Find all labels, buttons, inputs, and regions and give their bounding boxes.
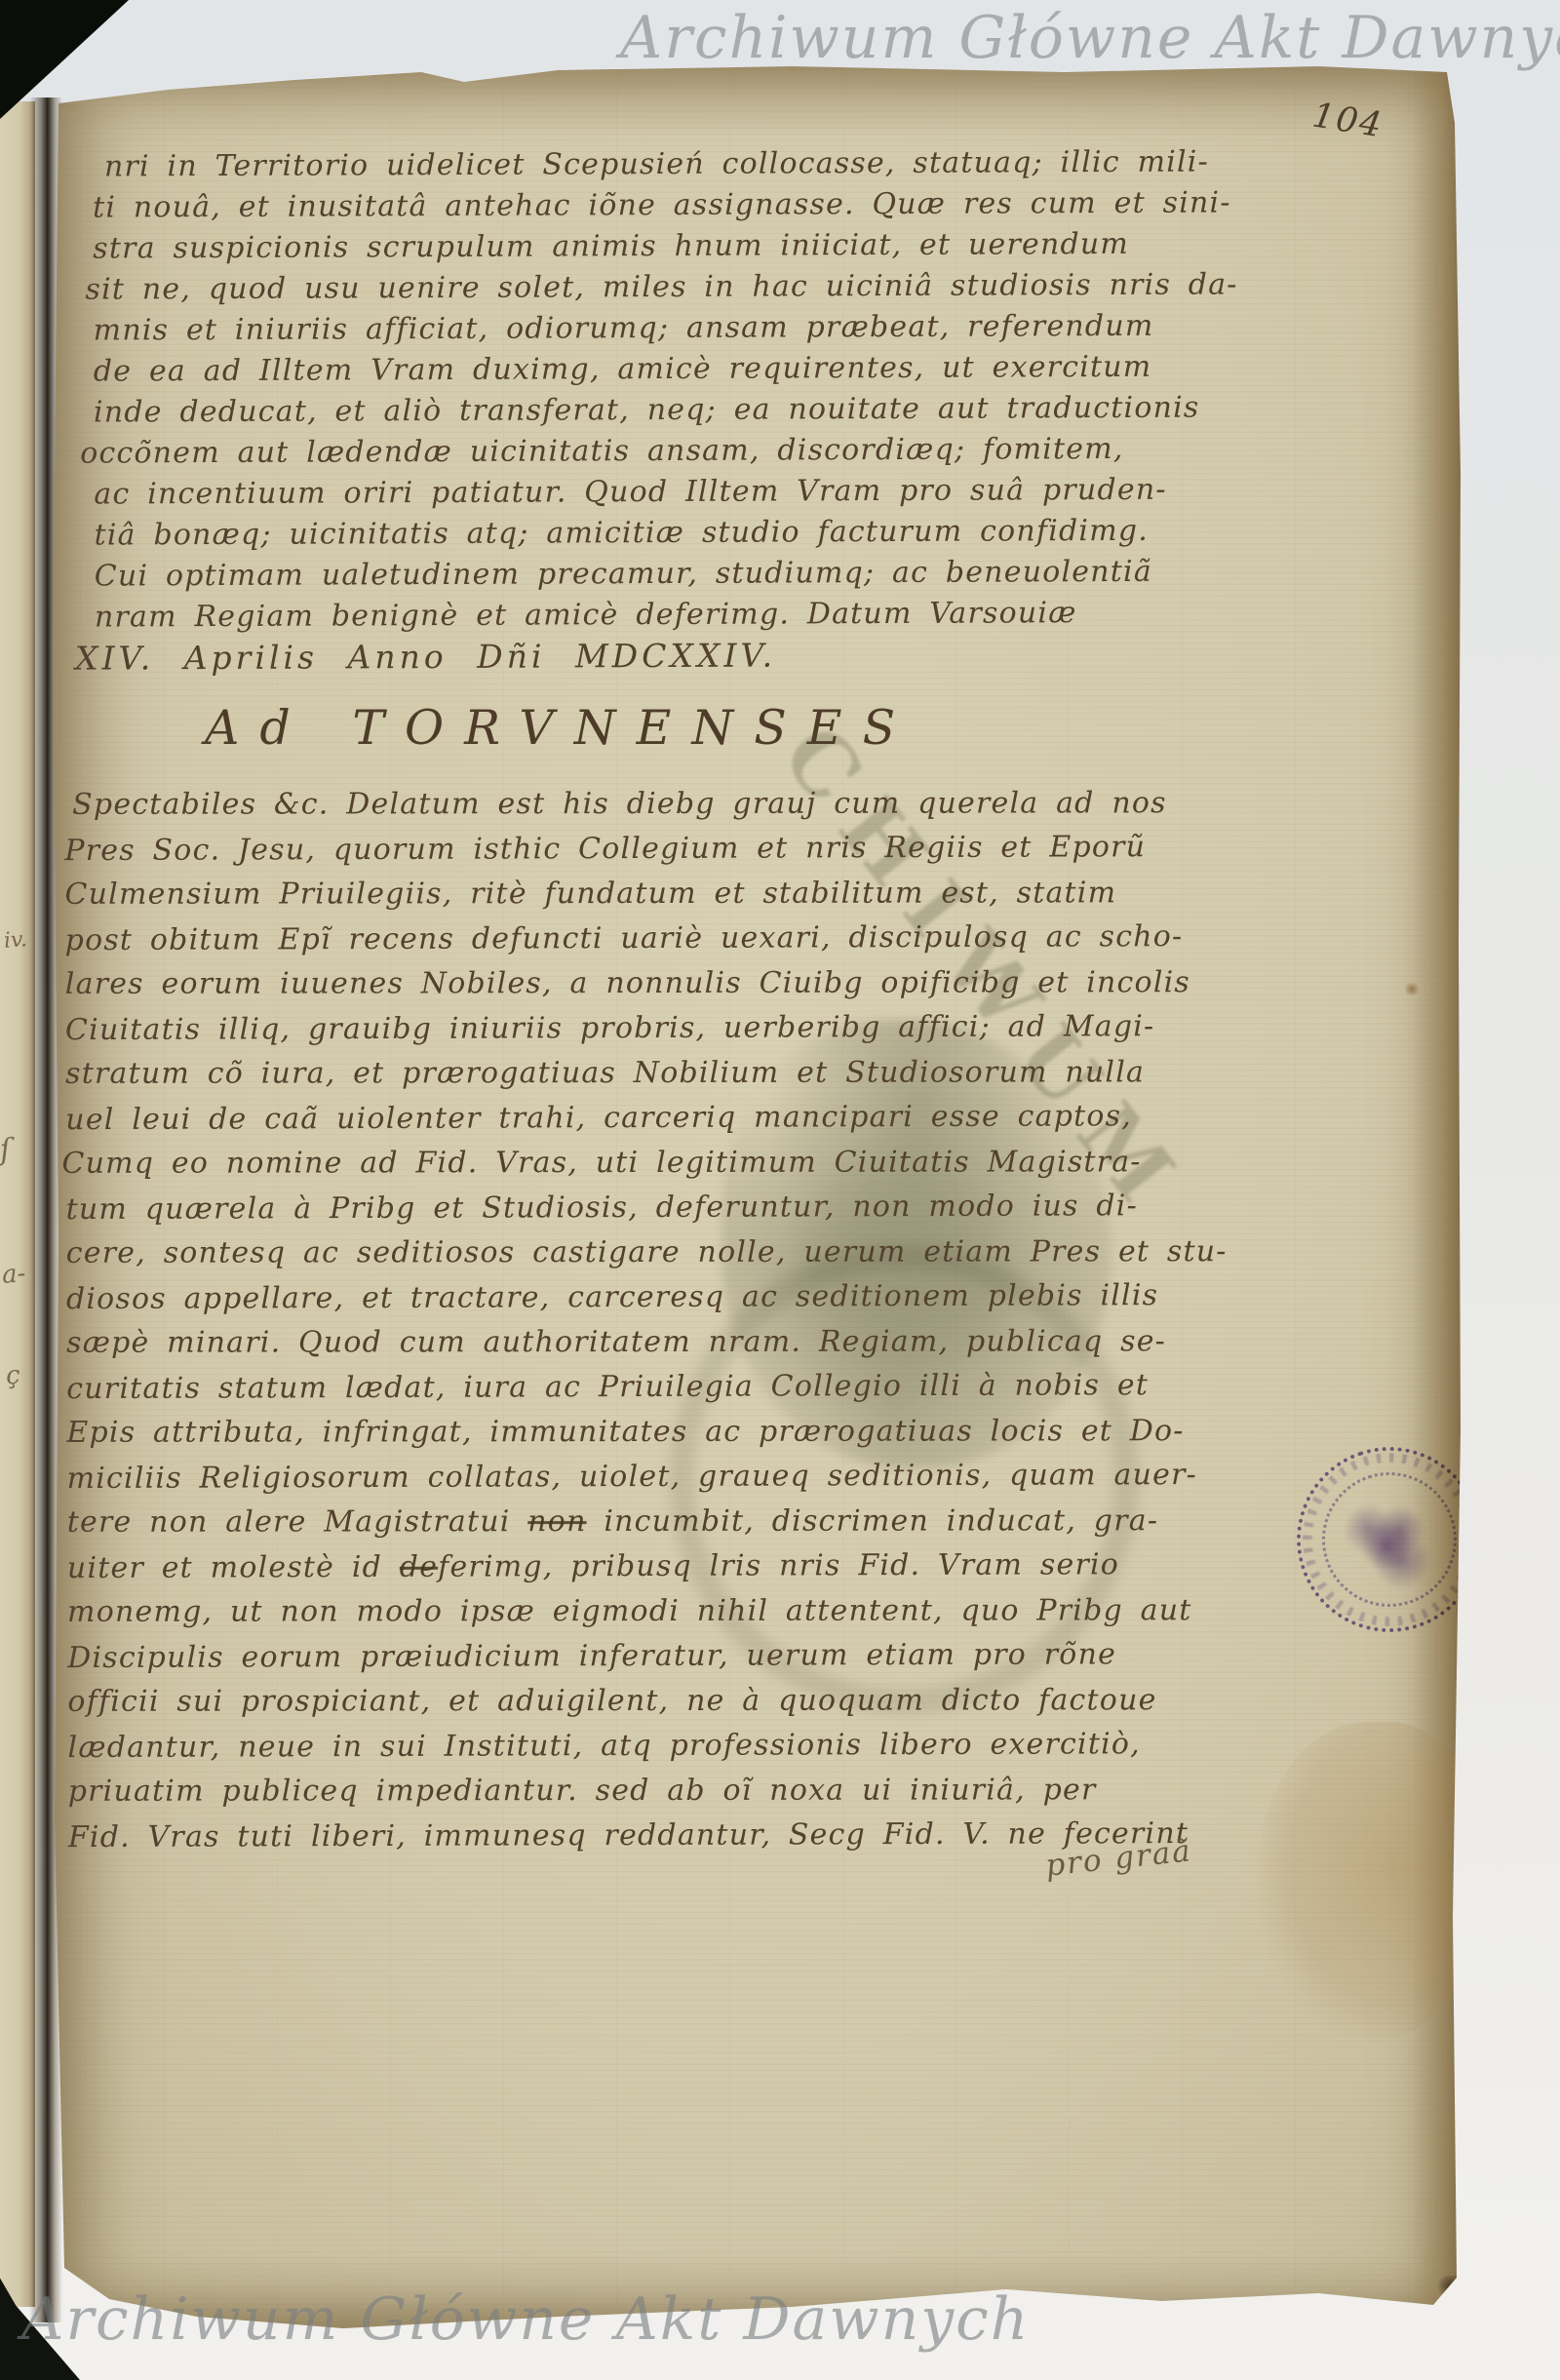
- manuscript-line: uel leui de caã uiolenter trahi, carceri…: [65, 1094, 1227, 1143]
- archive-watermark-top: Archiwum Główne Akt Dawnych: [620, 4, 1560, 72]
- paragraph-2: Spectabiles &c. Delatum est his diebg gr…: [64, 780, 1229, 1860]
- manuscript-line: sit ne, quod usu uenire solet, miles in …: [85, 264, 1237, 310]
- facing-page-marginalia: ç: [5, 1361, 21, 1391]
- manuscript-line: Discipulis eorum præiudicium inferatur, …: [67, 1632, 1228, 1681]
- manuscript-line: ac incentiuum oriri patiatur. Quod Illte…: [94, 469, 1238, 515]
- manuscript-dateline: XIV. Aprilis Anno Dñi MDCXXIV.: [75, 633, 1239, 679]
- manuscript-line: Cumq eo nomine ad Fid. Vras, uti legitim…: [61, 1140, 1227, 1187]
- line-text: ferimg, pribusq lris nris Fid. Vram seri…: [438, 1547, 1119, 1583]
- line-text: tere non alere Magistratui: [67, 1504, 528, 1540]
- manuscript-line: tiâ bonæq; uicinitatis atq; amicitiæ stu…: [94, 510, 1238, 556]
- manuscript-line: curitatis statum lædat, iura ac Priuileg…: [66, 1363, 1228, 1412]
- scanned-archive-page: { "archive": { "watermark_top": "Archiwu…: [0, 0, 1560, 2380]
- manuscript-line: post obitum Epĩ recens defuncti uariè ue…: [65, 915, 1227, 963]
- archive-ink-stamp: [1272, 1423, 1461, 1656]
- facing-page-marginalia: iv.: [3, 927, 28, 954]
- manuscript-line: Epis attributa, infringat, immunitates a…: [66, 1409, 1228, 1456]
- manuscript-line: Cui optimam ualetudinem precamur, studiu…: [95, 551, 1239, 597]
- paper-stain: [1258, 1722, 1461, 2044]
- manuscript-line: mnis et iniuriis afficiat, odiorumq; ans…: [94, 305, 1238, 351]
- facing-page-marginalia: a-: [1, 1259, 26, 1290]
- manuscript-line: miciliis Religiosorum collatas, uiolet, …: [66, 1453, 1228, 1502]
- manuscript-line: lædantur, neue in sui Instituti, atq pro…: [67, 1722, 1228, 1771]
- corner-damage: [1437, 2276, 1461, 2297]
- manuscript-line: nri in Territorio uidelicet Scepusień co…: [104, 141, 1237, 187]
- struck-word: de: [400, 1550, 438, 1584]
- manuscript-line: tum quærela à Pribg et Studiosis, deferu…: [66, 1184, 1228, 1232]
- manuscript-line: Pres Soc. Jesu, quorum isthic Collegium …: [64, 825, 1226, 874]
- manuscript-line: Ciuitatis illiq, grauibg iniuriis probri…: [65, 1004, 1227, 1053]
- manuscript-line: stratum cõ iura, et prærogatiuas Nobiliu…: [65, 1050, 1227, 1097]
- manuscript-line-with-correction: tere non alere Magistratui non incumbit,…: [67, 1499, 1228, 1545]
- manuscript-line: de ea ad Illtem Vram duximg, amicè requi…: [94, 346, 1238, 392]
- manuscript-line: sæpè minari. Quod cum authoritatem nram.…: [66, 1319, 1228, 1366]
- struck-word: non: [527, 1504, 586, 1539]
- manuscript-line: nram Regiam benignè et amicè deferimg. D…: [95, 592, 1239, 638]
- manuscript-line: ti nouâ, et inusitatâ antehac iõne assig…: [93, 182, 1237, 228]
- manuscript-line: diosos appellare, et tractare, carceresq…: [66, 1273, 1228, 1322]
- manuscript-line: occõnem aut lædendæ uicinitatis ansam, d…: [80, 428, 1238, 474]
- manuscript-line-with-correction: uiter et molestè id deferimg, pribusq lr…: [67, 1542, 1228, 1591]
- paper-speck: [1404, 983, 1420, 995]
- folio-number: 104: [1309, 97, 1385, 146]
- manuscript-line: monemg, ut non modo ipsæ eigmodi nihil a…: [67, 1588, 1228, 1635]
- manuscript-page: CHIWUM 104 nri in Territorio uidelicet S…: [51, 64, 1461, 2328]
- manuscript-line: priuatim publiceq impediantur. sed ab oĩ…: [68, 1768, 1229, 1814]
- manuscript-line: officii sui prospiciant, et aduigilent, …: [67, 1678, 1228, 1725]
- manuscript-line: Culmensium Priuilegiis, ritè fundatum et…: [64, 871, 1226, 917]
- facing-page-marginalia: ſ: [0, 1133, 12, 1168]
- manuscript-line: stra suspicionis scrupulum animis hnum i…: [93, 223, 1237, 269]
- manuscript-line: Spectabiles &c. Delatum est his diebg gr…: [72, 781, 1226, 828]
- manuscript-line: inde deducat, et aliò transferat, neq; e…: [94, 387, 1238, 433]
- paragraph-1: nri in Territorio uidelicet Scepusień co…: [93, 141, 1240, 679]
- manuscript-line: cere, sontesq ac seditiosos castigare no…: [66, 1229, 1228, 1276]
- section-heading: Ad TORVNENSES: [205, 700, 916, 756]
- line-text: incumbit, discrimen inducat, gra-: [587, 1503, 1159, 1539]
- line-text: uiter et molestè id: [67, 1550, 400, 1585]
- manuscript-line: lares eorum iuuenes Nobiles, a nonnulis …: [65, 960, 1227, 1007]
